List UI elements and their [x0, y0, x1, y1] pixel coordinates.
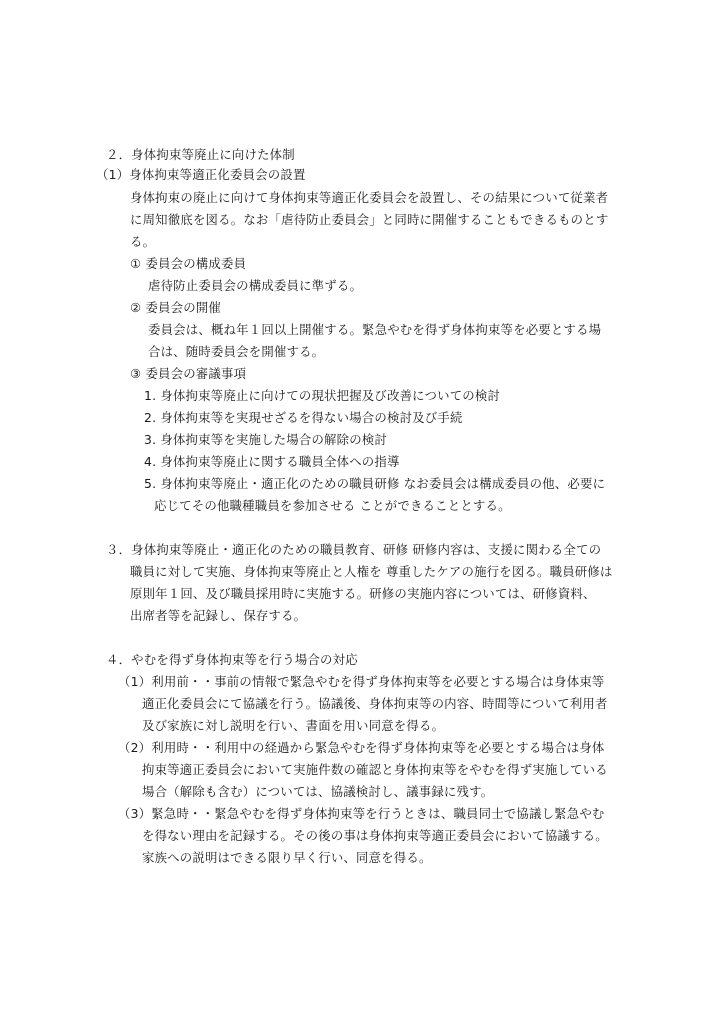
paragraph-line: に周知徹底を図る。なお「虐待防止委員会」と同時に開催することもできるものとす — [130, 212, 608, 228]
section-4-line: （2）利用時・・利用中の経過から緊急やむを得ず身体拘束等を必要とする場合は身体 — [118, 740, 605, 756]
section-2-heading: ２．身体拘束等廃止に向けた体制 — [106, 147, 295, 163]
section-3-line: 出席者等を記録し、保存する。 — [130, 608, 306, 624]
paragraph-line: 身体拘束の廃止に向けて身体拘束等適正化委員会を設置し、その結果について従業者 — [130, 190, 608, 206]
section-4-line: を得ない理由を記録する。その後の事は身体拘束等適正委員会において協議する。 — [142, 828, 608, 844]
item-body: 合は、随時委員会を開催する。 — [148, 344, 324, 360]
agenda-item: 2. 身体拘束等を実現せざるを得ない場合の検討及び手続 — [144, 410, 463, 426]
section-3-line: ３．身体拘束等廃止・適正化のための職員教育、研修 研修内容は、支援に関わる全ての — [106, 542, 601, 558]
item-heading: ① 委員会の構成委員 — [130, 256, 246, 272]
agenda-item: 3. 身体拘束等を実施した場合の解除の検討 — [144, 432, 387, 448]
agenda-item: 応じてその他職種職員を参加させる ことができることとする。 — [154, 498, 511, 514]
subsection-1-heading: （1）身体拘束等適正化委員会の設置 — [96, 167, 306, 183]
section-3-line: 原則年１回、及び職員採用時に実施する。研修の実施内容については、研修資料、 — [130, 586, 596, 602]
agenda-item: 1. 身体拘束等廃止に向けての現状把握及び改善についての検討 — [144, 388, 500, 404]
item-body: 虐待防止委員会の構成委員に準ずる。 — [148, 278, 362, 294]
section-4-heading: ４．やむを得ず身体拘束等を行う場合の対応 — [106, 652, 358, 668]
section-4-line: 家族への説明はできる限り早く行い、同意を得る。 — [142, 850, 432, 866]
section-4-line: （3）緊急時・・緊急やむを得ず身体拘束等を行うときは、職員同士で協議し緊急やむ — [118, 806, 605, 822]
section-4-line: 適正化委員会にて協議を行う。協議後、身体拘束等の内容、時間等について利用者 — [142, 696, 608, 712]
item-heading: ② 委員会の開催 — [130, 300, 221, 316]
section-4-line: 及び家族に対し説明を行い、書面を用い同意を得る。 — [142, 718, 444, 734]
agenda-item: 4. 身体拘束等廃止に関する職員全体への指導 — [144, 454, 400, 470]
section-4-line: 拘束等適正委員会において実施件数の確認と身体拘束等をやむを得ず実施している — [142, 762, 608, 778]
section-4-line: （1）利用前・・事前の情報で緊急やむを得ず身体拘束等を必要とする場合は身体束等 — [118, 674, 605, 690]
paragraph-line: る。 — [130, 234, 155, 250]
item-heading: ③ 委員会の審議事項 — [130, 366, 246, 382]
section-4-line: 場合（解除も含む）については、協議検討し、議事録に残す。 — [142, 784, 493, 800]
section-3-line: 職員に対して実施、身体拘束等廃止と人権を 尊重したケアの施行を図る。職員研修は — [130, 564, 613, 580]
item-body: 委員会は、概ね年１回以上開催する。緊急やむを得ず身体拘束等を必要とする場 — [148, 322, 601, 338]
agenda-item: 5. 身体拘束等廃止・適正化のための職員研修 なお委員会は構成委員の他、必要に — [144, 476, 605, 492]
